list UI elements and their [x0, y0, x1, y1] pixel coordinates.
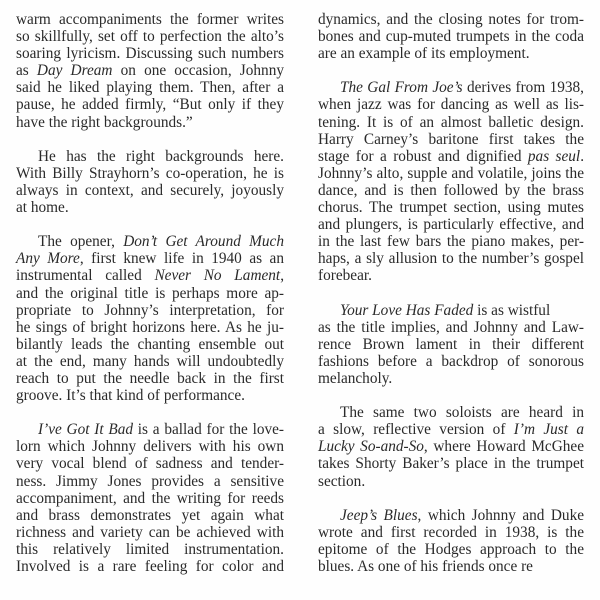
text-run: in the last few bars the piano makes, pe…	[318, 233, 584, 250]
text-run: instrumental called	[16, 267, 154, 284]
text-line: Harry Carney’s baritone first takes the	[318, 131, 584, 148]
text-line: and the original title is perhaps more a…	[16, 285, 284, 302]
text-line: richness and variety can be achieved wit…	[16, 524, 284, 541]
text-run: epitome of the Hodges approach to the	[318, 541, 584, 558]
text-line: wrote and first recorded in 1938, is the	[318, 524, 584, 541]
paragraph: warm accompaniments the former writesso …	[16, 11, 284, 131]
text-line: blues. As one of his friends once re	[318, 558, 584, 575]
text-line: as Day Dream on one occasion, Johnny	[16, 62, 284, 79]
text-line: always in context, and securely, joyousl…	[16, 182, 284, 199]
text-run: The opener,	[38, 233, 123, 250]
text-run: chorus. The trumpet section, using mutes	[318, 199, 584, 216]
text-run: so skillfully, set off to perfection the…	[16, 28, 284, 45]
text-run: accompaniment, and the writing for reeds	[16, 490, 284, 507]
text-line: tening. It is of an almost balletic desi…	[318, 114, 584, 131]
text-line: The Gal From Joe’s derives from 1938,	[318, 79, 584, 96]
title-italic: I’ve Got It Bad	[38, 421, 133, 438]
text-line: He has the right backgrounds here.	[16, 148, 284, 165]
text-run: bones and cup-muted trumpets in the coda	[318, 28, 584, 45]
text-run: tening. It is of an almost balletic desi…	[318, 114, 584, 131]
text-run: and plungers, is particularly effective,…	[318, 216, 584, 233]
text-run: and brass demonstrates yet again what	[16, 507, 284, 524]
paragraph: dynamics, and the closing notes for trom…	[318, 11, 584, 62]
text-line: a slow, reflective version of I’m Just a	[318, 421, 584, 438]
text-run: ness. Jimmy Jones provides a sensitive	[16, 473, 284, 490]
text-run: on one occasion, Johnny	[112, 62, 284, 79]
text-line: this relatively limited instrumentation.	[16, 541, 284, 558]
text-run: Johnny’s alto, supple and volatile, join…	[318, 165, 584, 182]
text-line: instrumental called Never No Lament,	[16, 267, 284, 284]
text-line: Your Love Has Faded is as wistful	[318, 302, 584, 319]
text-run: soaring lyricism. Discussing such number…	[16, 45, 284, 62]
text-run: at home.	[16, 199, 69, 216]
paragraph: He has the right backgrounds here.With B…	[16, 148, 284, 216]
paragraph: The Gal From Joe’s derives from 1938,whe…	[318, 79, 584, 284]
paragraph: Your Love Has Faded is as wistfulas the …	[318, 302, 584, 387]
text-run: derives from 1938,	[463, 79, 584, 96]
left-column: warm accompaniments the former writesso …	[16, 11, 284, 592]
text-line: propriate to Johnny’s interpretation, fo…	[16, 302, 284, 319]
text-run: reach to put the needle back in the firs…	[16, 370, 284, 387]
text-run: takes Shorty Baker’s place in the trumpe…	[318, 455, 584, 472]
text-run: haps, a sly allusion to the number’s gos…	[318, 250, 584, 267]
text-run: dynamics, and the closing notes for trom…	[318, 11, 584, 28]
book-page: warm accompaniments the former writesso …	[0, 0, 600, 600]
text-line: pause, he added firmly, “But only if the…	[16, 96, 284, 113]
text-line: warm accompaniments the former writes	[16, 11, 284, 28]
text-run: richness and variety can be achieved wit…	[16, 524, 284, 541]
text-line: Any More, first knew life in 1940 as an	[16, 250, 284, 267]
text-run: very vocal blend of sadness and tender-	[16, 455, 284, 472]
text-run: is a ballad for the love-	[133, 421, 284, 438]
text-line: Involved is a rare feeling for color and	[16, 558, 284, 575]
text-run: are an example of its employment.	[318, 45, 530, 62]
text-run: The same two soloists are heard in	[340, 404, 584, 421]
text-line: melancholy.	[318, 370, 584, 387]
text-line: lorn which Johnny delivers with his own	[16, 438, 284, 455]
title-italic: The Gal From Joe’s	[340, 79, 463, 96]
paragraph: I’ve Got It Bad is a ballad for the love…	[16, 421, 284, 575]
text-run: forebear.	[318, 267, 372, 284]
text-line: I’ve Got It Bad is a ballad for the love…	[16, 421, 284, 438]
text-line: The opener, Don’t Get Around Much	[16, 233, 284, 250]
text-line: Jeep’s Blues, which Johnny and Duke	[318, 507, 584, 524]
text-run: ,	[280, 267, 284, 284]
right-column: dynamics, and the closing notes for trom…	[318, 11, 584, 592]
text-run: .	[580, 148, 584, 165]
text-line: in the last few bars the piano makes, pe…	[318, 233, 584, 250]
text-line: Lucky So-and-So, where Howard McGhee	[318, 438, 584, 455]
text-run: blues. As one of his friends once re	[318, 558, 533, 575]
text-run: , first knew life in 1940 as an	[80, 250, 284, 267]
text-run: at the end, many hands will undoubtedly	[16, 353, 284, 370]
text-run: Harry Carney’s baritone first takes the	[318, 131, 584, 148]
text-line: said he liked playing them. Then, after …	[16, 79, 284, 96]
text-run: said he liked playing them. Then, after …	[16, 79, 284, 96]
title-italic: Lucky So-and-So	[318, 438, 424, 455]
text-line: section.	[318, 473, 584, 490]
title-italic: Day Dream	[37, 62, 113, 79]
text-run: Involved is a rare feeling for color and	[16, 558, 284, 575]
text-run: and the original title is perhaps more a…	[16, 285, 284, 302]
text-line: rence Brown lament in their different	[318, 336, 584, 353]
text-run: is as wistful	[473, 302, 550, 319]
paragraph: The same two soloists are heard ina slow…	[318, 404, 584, 489]
title-italic: pas seul	[528, 148, 580, 165]
text-line: dance, and is then followed by the brass	[318, 182, 584, 199]
text-line: and brass demonstrates yet again what	[16, 507, 284, 524]
text-run: fashions before a backdrop of sonorous	[318, 353, 584, 370]
text-run: rence Brown lament in their different	[318, 336, 584, 353]
title-italic: I’m Just a	[514, 421, 584, 438]
text-line: Johnny’s alto, supple and volatile, join…	[318, 165, 584, 182]
text-run: melancholy.	[318, 370, 392, 387]
paragraph: Jeep’s Blues, which Johnny and Dukewrote…	[318, 507, 584, 575]
title-italic: Jeep’s Blues	[340, 507, 418, 524]
text-line: at the end, many hands will undoubtedly	[16, 353, 284, 370]
text-run: always in context, and securely, joyousl…	[16, 182, 284, 199]
text-run: section.	[318, 473, 365, 490]
text-run: , where Howard McGhee	[424, 438, 584, 455]
text-run: dance, and is then followed by the brass	[318, 182, 584, 199]
text-run: bilantly leads the chanting ensemble out	[16, 336, 284, 353]
text-run: stage for a robust and dignified	[318, 148, 528, 165]
text-run: groove. It’s that kind of performance.	[16, 387, 245, 404]
title-italic: Never No Lament	[154, 267, 280, 284]
text-run: He has the right backgrounds here.	[38, 148, 284, 165]
text-line: fashions before a backdrop of sonorous	[318, 353, 584, 370]
title-italic: Any More	[16, 250, 80, 267]
text-line: are an example of its employment.	[318, 45, 584, 62]
text-run: pause, he added firmly, “But only if the…	[16, 96, 284, 113]
paragraph: The opener, Don’t Get Around MuchAny Mor…	[16, 233, 284, 404]
text-run: propriate to Johnny’s interpretation, fo…	[16, 302, 284, 319]
text-line: as the title implies, and Johnny and Law…	[318, 319, 584, 336]
text-line: forebear.	[318, 267, 584, 284]
text-run: he sings of bright horizons here. As he …	[16, 319, 284, 336]
text-line: soaring lyricism. Discussing such number…	[16, 45, 284, 62]
text-line: haps, a sly allusion to the number’s gos…	[318, 250, 584, 267]
text-line: bones and cup-muted trumpets in the coda	[318, 28, 584, 45]
text-line: bilantly leads the chanting ensemble out	[16, 336, 284, 353]
text-run: as	[16, 62, 37, 79]
title-italic: Don’t Get Around Much	[123, 233, 284, 250]
text-line: The same two soloists are heard in	[318, 404, 584, 421]
text-line: groove. It’s that kind of performance.	[16, 387, 284, 404]
text-run: With Billy Strayhorn’s co-operation, he …	[16, 165, 284, 182]
text-line: and plungers, is particularly effective,…	[318, 216, 584, 233]
text-line: epitome of the Hodges approach to the	[318, 541, 584, 558]
text-run: warm accompaniments the former writes	[16, 11, 284, 28]
text-line: he sings of bright horizons here. As he …	[16, 319, 284, 336]
text-run: lorn which Johnny delivers with his own	[16, 438, 284, 455]
text-line: dynamics, and the closing notes for trom…	[318, 11, 584, 28]
text-line: have the right backgrounds.”	[16, 114, 284, 131]
text-run: , which Johnny and Duke	[418, 507, 584, 524]
text-line: accompaniment, and the writing for reeds	[16, 490, 284, 507]
text-line: With Billy Strayhorn’s co-operation, he …	[16, 165, 284, 182]
text-line: ness. Jimmy Jones provides a sensitive	[16, 473, 284, 490]
text-line: when jazz was for dancing as well as lis…	[318, 96, 584, 113]
text-run: wrote and first recorded in 1938, is the	[318, 524, 584, 541]
text-line: at home.	[16, 199, 284, 216]
text-line: chorus. The trumpet section, using mutes	[318, 199, 584, 216]
text-line: very vocal blend of sadness and tender-	[16, 455, 284, 472]
title-italic: Your Love Has Faded	[340, 302, 473, 319]
text-line: stage for a robust and dignified pas seu…	[318, 148, 584, 165]
text-line: reach to put the needle back in the firs…	[16, 370, 284, 387]
text-run: when jazz was for dancing as well as lis…	[318, 96, 584, 113]
text-run: a slow, reflective version of	[318, 421, 514, 438]
text-run: as the title implies, and Johnny and Law…	[318, 319, 584, 336]
text-line: takes Shorty Baker’s place in the trumpe…	[318, 455, 584, 472]
text-line: so skillfully, set off to perfection the…	[16, 28, 284, 45]
text-run: have the right backgrounds.”	[16, 114, 193, 131]
text-run: this relatively limited instrumentation.	[16, 541, 284, 558]
